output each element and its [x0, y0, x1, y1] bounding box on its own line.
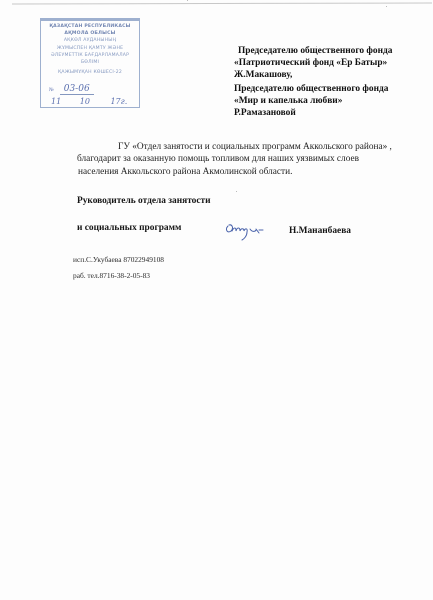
addressee-line: Р.Рамазановой [234, 107, 424, 119]
work-phone: раб. тел.8716-38-2-05-83 [73, 271, 150, 280]
stamp-date-year: 17г. [110, 97, 127, 107]
stamp-line: БӨЛІМІ [41, 59, 139, 66]
addressee-line: «Патриотический фонд «Ер Батыр» [234, 57, 424, 69]
scan-edge-line [12, 2, 432, 4]
stamp-line: АҚМОЛА ОБЛЫСЫ [41, 30, 139, 37]
stamp-line: ӘЛЕУМЕТТІК БАҒДАРЛАМАЛАР [41, 52, 139, 59]
body-line: благодарит за оказанную помощь топливом … [77, 153, 418, 165]
stamp-number-value: 03-06 [60, 84, 94, 95]
stamp-date: 11 10 17г. [45, 97, 137, 108]
addressee-block: Председателю общественного фонда «Патрио… [234, 45, 424, 120]
stamp-date-day: 11 [51, 97, 61, 107]
stamp-line: ҚАЗАҚСТАН РЕСПУБЛИКАСЫ [41, 23, 139, 30]
stamp-line: ҚАЖЫМҰҚАН КӨШЕСІ-22 [41, 69, 139, 76]
addressee-line: «Мир и капелька любви» [234, 95, 424, 107]
body-line: ГУ «Отдел занятости и социальных програм… [78, 141, 418, 153]
stamp-date-month: 10 [80, 97, 90, 107]
scan-speck [187, 0, 188, 1]
addressee-line: Председателю общественного фонда [234, 83, 424, 95]
scan-speck [316, 46, 317, 47]
stamp-line: ЖҰМЫСПЕН ҚАМТУ ЖӘНЕ [41, 45, 139, 52]
handwritten-signature-icon [222, 216, 264, 242]
scan-speck [236, 191, 237, 192]
signatory-title-line1: Руководитель отдела занятости [77, 196, 211, 206]
addressee-line: Ж.Макашову, [234, 69, 424, 81]
body-line: населения Аккольского района Акмолинской… [78, 166, 418, 178]
stamp-number-prefix: № [49, 87, 54, 93]
scan-speck [386, 6, 387, 7]
stamp-line: АҚКӨЛ АУДАНЫНЫҢ [41, 37, 139, 44]
signatory-name: Н.Мананбаева [289, 226, 351, 236]
executor-contact: исп.С.Укубаева 87022949108 [73, 255, 164, 264]
addressee-line: Председателю общественного фонда [234, 45, 424, 57]
signatory-title-line2: и социальных программ [77, 223, 181, 233]
letter-body: ГУ «Отдел занятости и социальных програм… [78, 141, 418, 178]
registration-stamp: ҚАЗАҚСТАН РЕСПУБЛИКАСЫ АҚМОЛА ОБЛЫСЫ АҚК… [40, 18, 140, 108]
scanned-page: ҚАЗАҚСТАН РЕСПУБЛИКАСЫ АҚМОЛА ОБЛЫСЫ АҚК… [0, 0, 433, 600]
stamp-number: №03-06 [49, 84, 135, 94]
